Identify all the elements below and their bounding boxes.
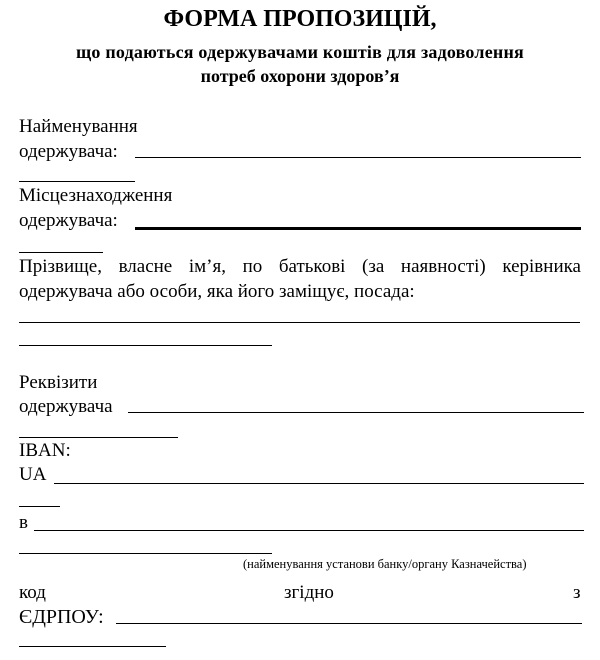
edrpou-label-2: ЄДРПОУ: xyxy=(19,606,104,628)
iban-field[interactable] xyxy=(54,483,584,484)
form-subtitle-line2: потреб охорони здоров’я xyxy=(0,66,600,87)
requisites-label-1: Реквізити xyxy=(19,372,97,394)
recipient-name-field-cont[interactable] xyxy=(19,181,135,182)
requisites-label-2: одержувача xyxy=(19,396,113,418)
head-person-label-1: Прізвище, власне ім’я, по батькові (за н… xyxy=(19,256,581,278)
edrpou-label-word3: з xyxy=(573,582,581,604)
bank-hint: (найменування установи банку/органу Казн… xyxy=(243,557,526,572)
edrpou-field-cont[interactable] xyxy=(19,646,166,647)
requisites-field-cont[interactable] xyxy=(19,437,178,438)
bank-field[interactable] xyxy=(34,530,584,531)
edrpou-field[interactable] xyxy=(116,623,582,624)
recipient-name-label-2: одержувача: xyxy=(19,141,118,163)
requisites-field[interactable] xyxy=(128,412,584,413)
iban-label: IBAN: xyxy=(19,440,71,462)
form-subtitle-line1: що подаються одержувачами коштів для зад… xyxy=(0,42,600,63)
edrpou-label-word1: код xyxy=(19,582,46,604)
recipient-location-field[interactable] xyxy=(135,227,581,230)
iban-field-cont[interactable] xyxy=(19,506,60,507)
recipient-location-label-1: Місцезнаходження xyxy=(19,185,172,207)
head-person-field[interactable] xyxy=(19,322,580,323)
recipient-name-field[interactable] xyxy=(135,157,581,158)
head-person-field-cont[interactable] xyxy=(19,345,272,346)
iban-prefix: UA xyxy=(19,464,46,486)
recipient-location-field-cont[interactable] xyxy=(19,252,103,253)
recipient-location-label-2: одержувача: xyxy=(19,210,118,232)
edrpou-label-word2: згідно xyxy=(284,582,334,604)
form-title: ФОРМА ПРОПОЗИЦІЙ, xyxy=(0,6,600,33)
recipient-name-label-1: Найменування xyxy=(19,116,138,138)
head-person-label-2: одержувача або особи, яка його заміщує, … xyxy=(19,281,415,303)
bank-prefix: в xyxy=(19,512,28,534)
bank-field-cont[interactable] xyxy=(19,553,272,554)
